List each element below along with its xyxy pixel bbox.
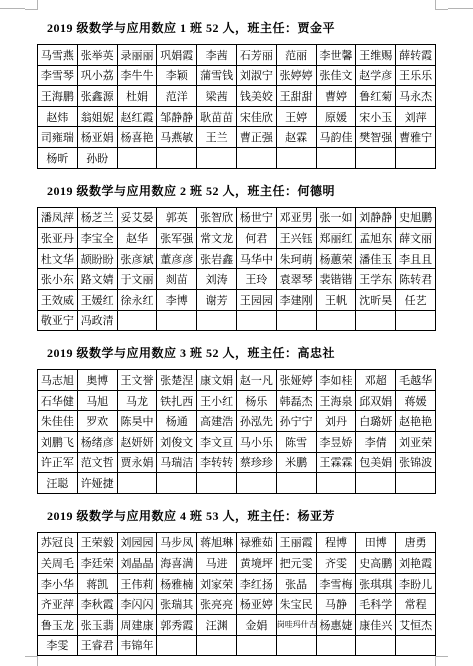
- student-name-cell: 王甜甜: [276, 86, 316, 107]
- student-name-cell: 王兴钰: [276, 228, 316, 249]
- student-name-cell: 马雪燕: [38, 45, 78, 66]
- empty-cell: [276, 635, 316, 656]
- student-name-cell: 赵炜: [38, 106, 78, 127]
- student-name-cell: 把元雯: [276, 553, 316, 574]
- empty-cell: [117, 310, 157, 331]
- student-name-cell: 李雯: [38, 635, 78, 656]
- student-name-cell: 马瑞洁: [157, 452, 197, 473]
- empty-cell: [396, 635, 436, 656]
- student-name-cell: 张一如: [316, 207, 356, 228]
- student-name-cell: 关周毛: [38, 553, 78, 574]
- student-name-cell: 冯政清: [77, 310, 117, 331]
- student-name-cell: 王兰: [197, 127, 237, 148]
- student-name-cell: 王帆: [316, 289, 356, 310]
- student-name-cell: 马旭: [77, 390, 117, 411]
- student-name-cell: 孙泓先: [236, 411, 276, 432]
- student-name-cell: 何君: [236, 228, 276, 249]
- student-name-cell: 李盼儿: [396, 573, 436, 594]
- student-name-cell: 司雍瑞: [38, 127, 78, 148]
- empty-cell: [197, 635, 237, 656]
- student-name-cell: 梁茜: [197, 86, 237, 107]
- student-name-cell: 陈雪: [276, 431, 316, 452]
- student-name-cell: 李雪梅: [316, 573, 356, 594]
- student-name-cell: 海喜满: [157, 553, 197, 574]
- student-name-cell: 樊智强: [356, 127, 396, 148]
- student-name-cell: 曹正强: [236, 127, 276, 148]
- empty-cell: [157, 473, 197, 494]
- student-name-cell: 齐雯: [316, 553, 356, 574]
- student-name-cell: 刘静静: [356, 207, 396, 228]
- student-name-cell: 齐亚萍: [38, 594, 78, 615]
- student-name-cell: 刘家荣: [197, 573, 237, 594]
- roster-row: 石华健马旭马龙铁扎西王小红杨乐韩磊杰王海泉邱双娟蒋媛: [38, 390, 436, 411]
- student-name-cell: 赵艳艳: [396, 411, 436, 432]
- student-name-cell: 原媛: [316, 106, 356, 127]
- student-name-cell: 康佳兴: [356, 615, 396, 636]
- student-name-cell: 陈昊中: [117, 411, 157, 432]
- page-margin-mark-top-right: [435, 0, 448, 10]
- student-name-cell: 李昱娇: [316, 431, 356, 452]
- student-name-cell: 朱宝民: [276, 594, 316, 615]
- student-name-cell: 李建刚: [276, 289, 316, 310]
- empty-cell: [157, 310, 197, 331]
- student-name-cell: 孟旭东: [356, 228, 396, 249]
- student-name-cell: 翁姐妮: [77, 106, 117, 127]
- student-name-cell: 岗哇玛什吉: [276, 615, 316, 636]
- student-name-cell: 薛文丽: [396, 228, 436, 249]
- student-name-cell: 李博: [157, 289, 197, 310]
- empty-cell: [356, 473, 396, 494]
- student-name-cell: 马进: [197, 553, 237, 574]
- student-name-cell: 潘佳玉: [356, 248, 396, 269]
- student-name-cell: 张琪琪: [356, 573, 396, 594]
- student-name-cell: 蔡珍珍: [236, 452, 276, 473]
- student-name-cell: 赵一凡: [236, 370, 276, 391]
- roster-row: 敬亚宁冯政清: [38, 310, 436, 331]
- student-name-cell: 刘晶晶: [117, 553, 157, 574]
- roster-row: 朱佳佳罗欢陈昊中杨通高建浩孙泓先孙宁宁刘丹白璐妍赵艳艳: [38, 411, 436, 432]
- student-name-cell: 汪渊: [197, 615, 237, 636]
- student-name-cell: 潘凤萍: [38, 207, 78, 228]
- roster-row: 马雪燕张举英录丽丽巩娟霞李茜石芳丽范丽李世馨王维赐薛转霞: [38, 45, 436, 66]
- student-name-cell: 史旭鹏: [396, 207, 436, 228]
- roster-row: 司雍瑞杨亚娟杨喜艳马燕敏王兰曹正强赵霖马韵佳樊智强曹雅宁: [38, 127, 436, 148]
- empty-cell: [396, 473, 436, 494]
- student-name-cell: 李牛牛: [117, 65, 157, 86]
- student-name-cell: 敬亚宁: [38, 310, 78, 331]
- roster-row: 汪聪许娅捷: [38, 473, 436, 494]
- student-name-cell: 王海鹏: [38, 86, 78, 107]
- student-name-cell: 高建浩: [197, 411, 237, 432]
- student-name-cell: 钱美姣: [236, 86, 276, 107]
- student-name-cell: 黄境坪: [236, 553, 276, 574]
- student-name-cell: 杨蕙荣: [316, 248, 356, 269]
- student-name-cell: 范洋: [157, 86, 197, 107]
- class-1-heading: 2019 级数学与应用数应 1 班 52 人，班主任：贾金平: [47, 19, 436, 36]
- student-name-cell: 铁扎西: [157, 390, 197, 411]
- roster-row: 李雯王睿君韦锦年: [38, 635, 436, 656]
- class-3-heading: 2019 级数学与应用数应 3 班 52 人，班主任：高忠社: [47, 344, 436, 361]
- student-name-cell: 毛越华: [396, 370, 436, 391]
- class-2-roster-table: 潘凤萍杨芝兰妥艾晏郭英张智欣杨世宁邓亚男张一如刘静静史旭鹏张亚丹李宝全赵华张军强…: [37, 207, 436, 332]
- student-name-cell: 郭英: [157, 207, 197, 228]
- student-name-cell: 马华中: [236, 248, 276, 269]
- empty-cell: [236, 147, 276, 168]
- student-name-cell: 范丽: [276, 45, 316, 66]
- empty-cell: [236, 635, 276, 656]
- student-name-cell: 王学东: [356, 269, 396, 290]
- student-name-cell: 张婷婷: [276, 65, 316, 86]
- student-name-cell: 蒲雪钱: [197, 65, 237, 86]
- student-name-cell: 蒋旭琳: [197, 532, 237, 553]
- student-name-cell: 杨绪彦: [77, 431, 117, 452]
- class-3-roster-table: 马志旭奥博王文誉张楚涅康文娟赵一凡张娅婷李如桂邓超毛越华石华健马旭马龙铁扎西王小…: [37, 369, 436, 494]
- student-name-cell: 杜文华: [38, 248, 78, 269]
- student-name-cell: 张瑞其: [157, 594, 197, 615]
- student-name-cell: 李雪琴: [38, 65, 78, 86]
- roster-row: 杜文华颉盼盼张彦斌董彦彦张岩鑫马华中朱珂萌杨蕙荣潘佳玉李且且: [38, 248, 436, 269]
- student-name-cell: 常程: [396, 594, 436, 615]
- empty-cell: [356, 310, 396, 331]
- student-name-cell: 刘园园: [117, 532, 157, 553]
- student-name-cell: 朱佳佳: [38, 411, 78, 432]
- empty-cell: [117, 147, 157, 168]
- student-name-cell: 张鑫源: [77, 86, 117, 107]
- student-name-cell: 张玉翡: [77, 615, 117, 636]
- student-name-cell: 陈转君: [396, 269, 436, 290]
- student-name-cell: 王霖霖: [316, 452, 356, 473]
- student-name-cell: 王园园: [236, 289, 276, 310]
- student-name-cell: 刘淑宁: [236, 65, 276, 86]
- student-name-cell: 常文龙: [197, 228, 237, 249]
- student-name-cell: 耿苗苗: [197, 106, 237, 127]
- student-name-cell: 宋小玉: [356, 106, 396, 127]
- student-name-cell: 张彦斌: [117, 248, 157, 269]
- student-name-cell: 刘涛: [197, 269, 237, 290]
- class-section-4: 2019 级数学与应用数应 4 班 53 人，班主任：杨亚芳 苏冠良王荣毅刘园园…: [37, 507, 436, 657]
- empty-cell: [276, 310, 316, 331]
- student-name-cell: 赵妍妍: [117, 431, 157, 452]
- student-name-cell: 李颖: [157, 65, 197, 86]
- empty-cell: [157, 635, 197, 656]
- student-name-cell: 王乐乐: [396, 65, 436, 86]
- student-name-cell: 李小华: [38, 573, 78, 594]
- student-name-cell: 曹雅宁: [396, 127, 436, 148]
- student-name-cell: 剡苗: [157, 269, 197, 290]
- student-name-cell: 刘亚荣: [396, 431, 436, 452]
- student-name-cell: 张娅婷: [276, 370, 316, 391]
- empty-cell: [236, 310, 276, 331]
- class-2-heading: 2019 级数学与应用数应 2 班 52 人，班主任：何德明: [47, 182, 436, 199]
- student-name-cell: 张楚涅: [157, 370, 197, 391]
- roster-row: 张亚丹李宝全赵华张军强常文龙何君王兴钰郑丽红孟旭东薛文丽: [38, 228, 436, 249]
- empty-cell: [117, 473, 157, 494]
- student-name-cell: 周建康: [117, 615, 157, 636]
- student-name-cell: 裴锴锴: [316, 269, 356, 290]
- student-name-cell: 鲁玉龙: [38, 615, 78, 636]
- student-name-cell: 杨亚婷: [236, 594, 276, 615]
- student-name-cell: 王荣毅: [77, 532, 117, 553]
- class-section-1: 2019 级数学与应用数应 1 班 52 人，班主任：贾金平 马雪燕张举英录丽丽…: [37, 19, 436, 169]
- student-name-cell: 妥艾晏: [117, 207, 157, 228]
- student-name-cell: 范文哲: [77, 452, 117, 473]
- student-name-cell: 赵红霞: [117, 106, 157, 127]
- student-name-cell: 任艺: [396, 289, 436, 310]
- student-name-cell: 马永杰: [396, 86, 436, 107]
- student-name-cell: 贾永娟: [117, 452, 157, 473]
- student-name-cell: 汪聪: [38, 473, 78, 494]
- student-name-cell: 王伟莉: [117, 573, 157, 594]
- class-section-3: 2019 级数学与应用数应 3 班 52 人，班主任：高忠社 马志旭奥博王文誉张…: [37, 344, 436, 494]
- student-name-cell: 田博: [356, 532, 396, 553]
- empty-cell: [236, 473, 276, 494]
- student-name-cell: 韩磊杰: [276, 390, 316, 411]
- empty-cell: [197, 473, 237, 494]
- student-name-cell: 赵学彦: [356, 65, 396, 86]
- empty-cell: [157, 147, 197, 168]
- student-name-cell: 孙盼: [77, 147, 117, 168]
- empty-cell: [276, 473, 316, 494]
- empty-cell: [396, 310, 436, 331]
- document-body: 2019 级数学与应用数应 1 班 52 人，班主任：贾金平 马雪燕张举英录丽丽…: [37, 19, 436, 656]
- page-margin-mark-top-left: [25, 0, 38, 10]
- roster-row: 刘鹏飞杨绪彦赵妍妍刘俊文李文亘马小乐陈雪李昱娇李倩刘亚荣: [38, 431, 436, 452]
- student-name-cell: 张晶: [276, 573, 316, 594]
- student-name-cell: 沈昕昊: [356, 289, 396, 310]
- student-name-cell: 禄雅茹: [236, 532, 276, 553]
- student-name-cell: 薛转霞: [396, 45, 436, 66]
- page-margin-mark-bottom-right: [435, 656, 448, 666]
- student-name-cell: 刘俊文: [157, 431, 197, 452]
- student-name-cell: 杨惠婕: [316, 615, 356, 636]
- student-name-cell: 张亚丹: [38, 228, 78, 249]
- roster-row: 潘凤萍杨芝兰妥艾晏郭英张智欣杨世宁邓亚男张一如刘静静史旭鹏: [38, 207, 436, 228]
- student-name-cell: 李如桂: [316, 370, 356, 391]
- student-name-cell: 徐永红: [117, 289, 157, 310]
- empty-cell: [316, 310, 356, 331]
- empty-cell: [276, 147, 316, 168]
- student-name-cell: 王婷: [276, 106, 316, 127]
- student-name-cell: 包美娟: [356, 452, 396, 473]
- student-name-cell: 蒋媛: [396, 390, 436, 411]
- student-name-cell: 杨亚娟: [77, 127, 117, 148]
- student-name-cell: 张岩鑫: [197, 248, 237, 269]
- student-name-cell: 王睿君: [77, 635, 117, 656]
- student-name-cell: 李宝全: [77, 228, 117, 249]
- student-name-cell: 张小东: [38, 269, 78, 290]
- student-name-cell: 宋佳欣: [236, 106, 276, 127]
- student-name-cell: 奥博: [77, 370, 117, 391]
- student-name-cell: 史高鹏: [356, 553, 396, 574]
- student-name-cell: 李廷荣: [77, 553, 117, 574]
- student-name-cell: 李红扬: [236, 573, 276, 594]
- student-name-cell: 颉盼盼: [77, 248, 117, 269]
- student-name-cell: 鲁红菊: [356, 86, 396, 107]
- roster-row: 苏冠良王荣毅刘园园马步凤蒋旭琳禄雅茹王丽霞程博田博唐勇: [38, 532, 436, 553]
- student-name-cell: 艾恒杰: [396, 615, 436, 636]
- student-name-cell: 曹婷: [316, 86, 356, 107]
- empty-cell: [356, 147, 396, 168]
- student-name-cell: 王海泉: [316, 390, 356, 411]
- student-name-cell: 王效威: [38, 289, 78, 310]
- student-name-cell: 许正军: [38, 452, 78, 473]
- roster-row: 关周毛李廷荣刘晶晶海喜满马进黄境坪把元雯齐雯史高鹏刘艳霞: [38, 553, 436, 574]
- student-name-cell: 李秋霞: [77, 594, 117, 615]
- student-name-cell: 康文娟: [197, 370, 237, 391]
- student-name-cell: 邓亚男: [276, 207, 316, 228]
- class-1-roster-table: 马雪燕张举英录丽丽巩娟霞李茜石芳丽范丽李世馨王维赐薛转霞李雪琴巩小荔李牛牛李颖蒲…: [37, 44, 436, 169]
- student-name-cell: 张举英: [77, 45, 117, 66]
- student-name-cell: 李茜: [197, 45, 237, 66]
- student-name-cell: 张佳文: [316, 65, 356, 86]
- student-name-cell: 王文誉: [117, 370, 157, 391]
- roster-row: 赵炜翁姐妮赵红霞邹静静耿苗苗宋佳欣王婷原媛宋小玉刘萍: [38, 106, 436, 127]
- student-name-cell: 许娅捷: [77, 473, 117, 494]
- student-name-cell: 杨乐: [236, 390, 276, 411]
- student-name-cell: 蒋凯: [77, 573, 117, 594]
- student-name-cell: 于文丽: [117, 269, 157, 290]
- student-name-cell: 王媛红: [77, 289, 117, 310]
- roster-row: 王海鹏张鑫源杜娟范洋梁茜钱美姣王甜甜曹婷鲁红菊马永杰: [38, 86, 436, 107]
- student-name-cell: 李文亘: [197, 431, 237, 452]
- student-name-cell: 杨昕: [38, 147, 78, 168]
- student-name-cell: 王丽霞: [276, 532, 316, 553]
- student-name-cell: 马韵佳: [316, 127, 356, 148]
- student-name-cell: 李倩: [356, 431, 396, 452]
- student-name-cell: 刘艳霞: [396, 553, 436, 574]
- student-name-cell: 张智欣: [197, 207, 237, 228]
- student-name-cell: 李且且: [396, 248, 436, 269]
- student-name-cell: 刘鹏飞: [38, 431, 78, 452]
- student-name-cell: 张锦波: [396, 452, 436, 473]
- roster-row: 马志旭奥博王文誉张楚涅康文娟赵一凡张娅婷李如桂邓超毛越华: [38, 370, 436, 391]
- document-page: 2019 级数学与应用数应 1 班 52 人，班主任：贾金平 马雪燕张举英录丽丽…: [0, 0, 473, 666]
- student-name-cell: 杨通: [157, 411, 197, 432]
- class-section-2: 2019 级数学与应用数应 2 班 52 人，班主任：何德明 潘凤萍杨芝兰妥艾晏…: [37, 182, 436, 332]
- empty-cell: [197, 310, 237, 331]
- student-name-cell: 韦锦年: [117, 635, 157, 656]
- student-name-cell: 程博: [316, 532, 356, 553]
- student-name-cell: 录丽丽: [117, 45, 157, 66]
- empty-cell: [396, 147, 436, 168]
- student-name-cell: 孙宁宁: [276, 411, 316, 432]
- student-name-cell: 赵霖: [276, 127, 316, 148]
- empty-cell: [316, 635, 356, 656]
- student-name-cell: 路文婧: [77, 269, 117, 290]
- student-name-cell: 杜娟: [117, 86, 157, 107]
- roster-row: 李雪琴巩小荔李牛牛李颖蒲雪钱刘淑宁张婷婷张佳文赵学彦王乐乐: [38, 65, 436, 86]
- student-name-cell: 马小乐: [236, 431, 276, 452]
- student-name-cell: 杨喜艳: [117, 127, 157, 148]
- student-name-cell: 罗欢: [77, 411, 117, 432]
- student-name-cell: 邱双娟: [356, 390, 396, 411]
- roster-row: 李小华蒋凯王伟莉杨雅楠刘家荣李红扬张晶李雪梅张琪琪李盼儿: [38, 573, 436, 594]
- student-name-cell: 谢芳: [197, 289, 237, 310]
- student-name-cell: 刘丹: [316, 411, 356, 432]
- student-name-cell: 巩小荔: [77, 65, 117, 86]
- student-name-cell: 白璐妍: [356, 411, 396, 432]
- student-name-cell: 董彦彦: [157, 248, 197, 269]
- student-name-cell: 邓超: [356, 370, 396, 391]
- student-name-cell: 王维赐: [356, 45, 396, 66]
- student-name-cell: 郑丽红: [316, 228, 356, 249]
- student-name-cell: 苏冠良: [38, 532, 78, 553]
- class-4-heading: 2019 级数学与应用数应 4 班 53 人，班主任：杨亚芳: [47, 507, 436, 524]
- student-name-cell: 张军强: [157, 228, 197, 249]
- student-name-cell: 石芳丽: [236, 45, 276, 66]
- class-4-roster-table: 苏冠良王荣毅刘园园马步凤蒋旭琳禄雅茹王丽霞程博田博唐勇关周毛李廷荣刘晶晶海喜满马…: [37, 532, 436, 657]
- student-name-cell: 刘萍: [396, 106, 436, 127]
- student-name-cell: 李世馨: [316, 45, 356, 66]
- student-name-cell: 朱珂萌: [276, 248, 316, 269]
- student-name-cell: 杨雅楠: [157, 573, 197, 594]
- empty-cell: [356, 635, 396, 656]
- page-margin-mark-bottom-left: [25, 656, 38, 666]
- roster-row: 张小东路文婧于文丽剡苗刘涛王玲袁翠琴裴锴锴王学东陈转君: [38, 269, 436, 290]
- student-name-cell: 米鹏: [276, 452, 316, 473]
- student-name-cell: 唐勇: [396, 532, 436, 553]
- empty-cell: [197, 147, 237, 168]
- student-name-cell: 金娟: [236, 615, 276, 636]
- student-name-cell: 马静: [316, 594, 356, 615]
- student-name-cell: 郭秀霞: [157, 615, 197, 636]
- student-name-cell: 马龙: [117, 390, 157, 411]
- roster-row: 鲁玉龙张玉翡周建康郭秀霞汪渊金娟岗哇玛什吉杨惠婕康佳兴艾恒杰: [38, 615, 436, 636]
- student-name-cell: 杨世宁: [236, 207, 276, 228]
- student-name-cell: 赵华: [117, 228, 157, 249]
- student-name-cell: 马步凤: [157, 532, 197, 553]
- student-name-cell: 马燕敏: [157, 127, 197, 148]
- student-name-cell: 石华健: [38, 390, 78, 411]
- student-name-cell: 毛科学: [356, 594, 396, 615]
- student-name-cell: 袁翠琴: [276, 269, 316, 290]
- student-name-cell: 王小红: [197, 390, 237, 411]
- student-name-cell: 张亮亮: [197, 594, 237, 615]
- roster-row: 杨昕孙盼: [38, 147, 436, 168]
- student-name-cell: 杨芝兰: [77, 207, 117, 228]
- roster-row: 许正军范文哲贾永娟马瑞洁李转转蔡珍珍米鹏王霖霖包美娟张锦波: [38, 452, 436, 473]
- empty-cell: [316, 147, 356, 168]
- student-name-cell: 邹静静: [157, 106, 197, 127]
- student-name-cell: 王玲: [236, 269, 276, 290]
- student-name-cell: 马志旭: [38, 370, 78, 391]
- roster-row: 王效威王媛红徐永红李博谢芳王园园李建刚王帆沈昕昊任艺: [38, 289, 436, 310]
- empty-cell: [316, 473, 356, 494]
- student-name-cell: 李转转: [197, 452, 237, 473]
- roster-row: 齐亚萍李秋霞李闪闪张瑞其张亮亮杨亚婷朱宝民马静毛科学常程: [38, 594, 436, 615]
- student-name-cell: 李闪闪: [117, 594, 157, 615]
- student-name-cell: 巩娟霞: [157, 45, 197, 66]
